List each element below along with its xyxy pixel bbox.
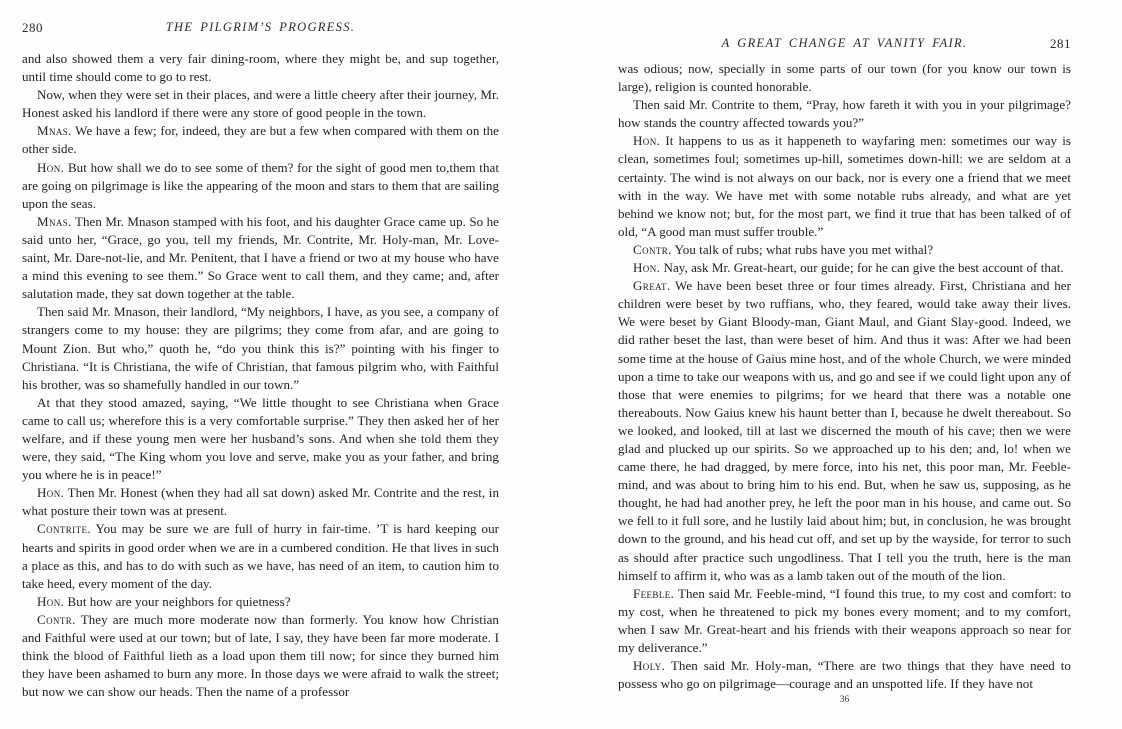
paragraph: and also showed them a very fair dining-…	[22, 50, 499, 86]
speaker-label: Mnas.	[37, 123, 72, 138]
paragraph: was odious; now, specially in some parts…	[618, 60, 1071, 96]
speaker-label: Contr.	[633, 242, 672, 257]
left-page-number: 280	[22, 20, 43, 36]
speaker-label: Holy.	[633, 658, 665, 673]
right-page: A GREAT CHANGE AT VANITY FAIR. 281 was o…	[618, 36, 1071, 705]
left-running-head-row: 280 THE PILGRIM’S PROGRESS.	[22, 20, 499, 36]
paragraph: Great. We have been beset three or four …	[618, 277, 1071, 585]
right-page-body: was odious; now, specially in some parts…	[618, 60, 1071, 693]
paragraph: Feeble. Then said Mr. Feeble-mind, “I fo…	[618, 585, 1071, 657]
paragraph: Hon. But how shall we do to see some of …	[22, 159, 499, 213]
speaker-label: Feeble.	[633, 586, 674, 601]
paragraph: Then said Mr. Mnason, their landlord, “M…	[22, 303, 499, 393]
right-running-head-row: A GREAT CHANGE AT VANITY FAIR. 281	[618, 36, 1071, 52]
paragraph: Mnas. Then Mr. Mnason stamped with his f…	[22, 213, 499, 303]
speaker-label: Hon.	[37, 160, 64, 175]
paragraph: Now, when they were set in their places,…	[22, 86, 499, 122]
book-spread: { "left_page": { "page_number": "280", "…	[0, 0, 1122, 729]
left-page-body: and also showed them a very fair dining-…	[22, 50, 499, 701]
paragraph: Mnas. We have a few; for, indeed, they a…	[22, 122, 499, 158]
paragraph: At that they stood amazed, saying, “We l…	[22, 394, 499, 484]
paragraph: Hon. Then Mr. Honest (when they had all …	[22, 484, 499, 520]
paragraph: Contr. They are much more moderate now t…	[22, 611, 499, 701]
paragraph: Then said Mr. Contrite to them, “Pray, h…	[618, 96, 1071, 132]
speaker-label: Contr.	[37, 612, 76, 627]
right-page-number: 281	[1050, 36, 1071, 52]
paragraph: Contr. You talk of rubs; what rubs have …	[618, 241, 1071, 259]
paragraph: Contrite. You may be sure we are full of…	[22, 520, 499, 592]
paragraph: Hon. But how are your neighbors for quie…	[22, 593, 499, 611]
speaker-label: Hon.	[633, 260, 660, 275]
speaker-label: Hon.	[37, 594, 64, 609]
left-running-head: THE PILGRIM’S PROGRESS.	[22, 20, 499, 35]
speaker-label: Hon.	[37, 485, 64, 500]
speaker-label: Hon.	[633, 133, 660, 148]
signature-mark: 36	[618, 695, 1071, 705]
speaker-label: Contrite.	[37, 521, 91, 536]
speaker-label: Great.	[633, 278, 671, 293]
right-running-head: A GREAT CHANGE AT VANITY FAIR.	[618, 36, 1071, 51]
speaker-label: Mnas.	[37, 214, 72, 229]
left-page: 280 THE PILGRIM’S PROGRESS. and also sho…	[22, 20, 499, 701]
paragraph: Hon. It happens to us as it happeneth to…	[618, 132, 1071, 241]
paragraph: Holy. Then said Mr. Holy-man, “There are…	[618, 657, 1071, 693]
paragraph: Hon. Nay, ask Mr. Great-heart, our guide…	[618, 259, 1071, 277]
